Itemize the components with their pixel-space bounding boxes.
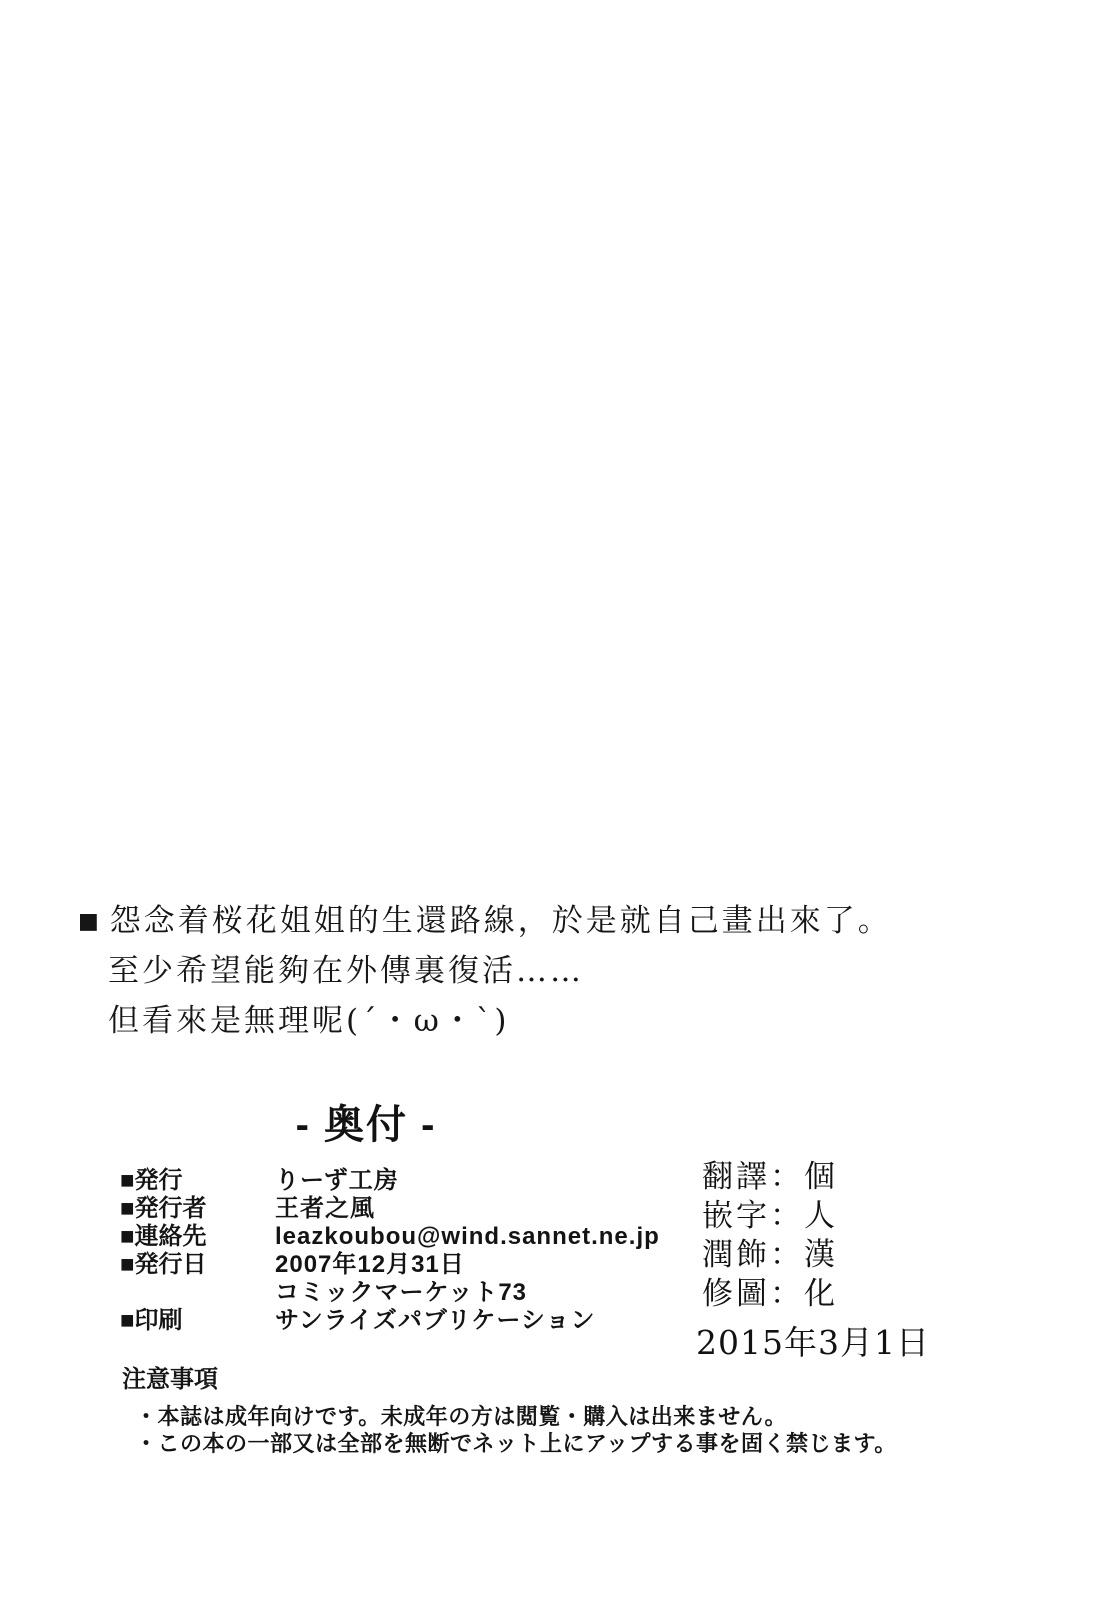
translation-credits: 翻譯：個 嵌字：人 潤飾：漢 修圖：化 (702, 1158, 838, 1314)
author-comment-block: ■ 怨念着桜花姐姐的生還路線，於是就自己畫出來了。 至少希望能夠在外傳裏復活……… (78, 896, 892, 1046)
info-label: ■発行日 (120, 1251, 275, 1279)
contact-email: leazkoubou@wind.sannet.ne.jp (275, 1223, 660, 1251)
table-row: ■発行 りーず工房 (120, 1167, 660, 1195)
notice-heading: 注意事項 (122, 1359, 897, 1394)
translation-date: 2015年3月1日 (696, 1317, 930, 1364)
info-label (120, 1279, 275, 1307)
credit-line: 嵌字：人 (702, 1197, 838, 1236)
colophon-page: ■ 怨念着桜花姐姐的生還路線，於是就自己畫出來了。 至少希望能夠在外傳裏復活……… (0, 0, 1113, 1600)
info-value: サンライズパブリケーション (275, 1307, 595, 1335)
info-label: ■連絡先 (120, 1223, 275, 1251)
comment-line: 但看來是無理呢(´・ω・`) (78, 996, 892, 1046)
table-row: コミックマーケット73 (120, 1279, 660, 1307)
colophon-title: - 奥付 - (166, 1093, 566, 1150)
info-value: コミックマーケット73 (275, 1279, 527, 1307)
info-label: ■発行者 (120, 1195, 275, 1223)
credit-line: 修圖：化 (702, 1275, 838, 1314)
notice-item: ・この本の一部又は全部を無断でネット上にアップする事を固く禁じます。 (122, 1430, 897, 1457)
square-bullet-icon: ■ (78, 911, 102, 933)
info-value: 王者之風 (275, 1195, 375, 1223)
comment-line: 至少希望能夠在外傳裏復活…… (78, 946, 892, 996)
info-label: ■発行 (120, 1167, 275, 1195)
table-row: ■発行日 2007年12月31日 (120, 1251, 660, 1279)
credit-line: 翻譯：個 (702, 1158, 838, 1197)
credit-line: 潤飾：漢 (702, 1236, 838, 1275)
notice-section: 注意事項 ・本誌は成年向けです。未成年の方は閲覧・購入は出来ません。 ・この本の… (122, 1359, 897, 1457)
info-label: ■印刷 (120, 1307, 275, 1335)
notice-item: ・本誌は成年向けです。未成年の方は閲覧・購入は出来ません。 (122, 1403, 897, 1430)
info-value: りーず工房 (275, 1167, 399, 1195)
publication-info-table: ■発行 りーず工房 ■発行者 王者之風 ■連絡先 leazkoubou@wind… (120, 1167, 660, 1335)
table-row: ■発行者 王者之風 (120, 1195, 660, 1223)
info-value: 2007年12月31日 (275, 1251, 465, 1279)
comment-text: 怨念着桜花姐姐的生還路線，於是就自己畫出來了。 (110, 896, 892, 946)
table-row: ■印刷 サンライズパブリケーション (120, 1307, 660, 1335)
comment-line: ■ 怨念着桜花姐姐的生還路線，於是就自己畫出來了。 (78, 896, 892, 946)
table-row: ■連絡先 leazkoubou@wind.sannet.ne.jp (120, 1223, 660, 1251)
